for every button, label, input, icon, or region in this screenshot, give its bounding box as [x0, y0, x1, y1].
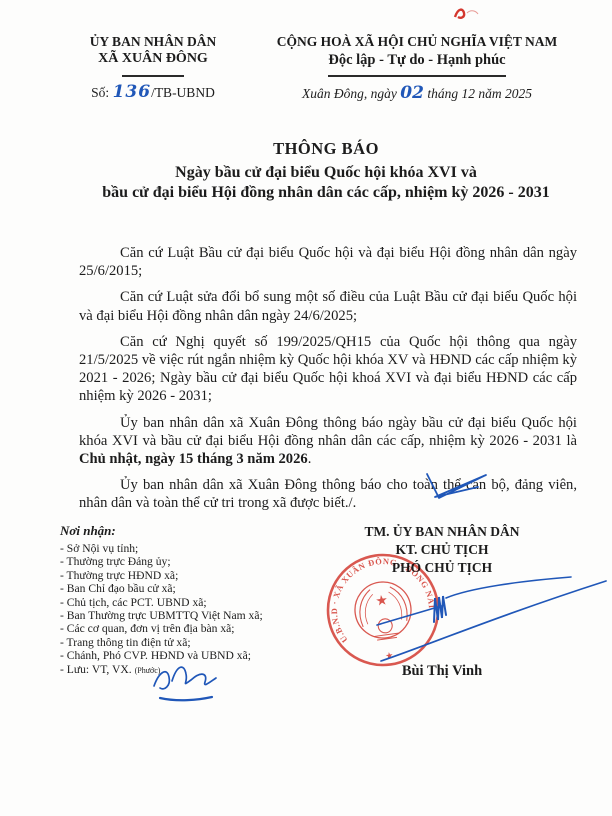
doc-type-title: THÔNG BÁO [56, 139, 596, 159]
body-paragraph-3: Căn cứ Nghị quyết số 199/2025/QH15 của Q… [79, 333, 577, 406]
national-motto: Độc lập - Tự do - Hạnh phúc [255, 52, 579, 69]
org-name: XÃ XUÂN ĐÔNG [68, 51, 238, 67]
clerk-signature-scribble [146, 656, 231, 706]
place-date-suffix: tháng 12 năm 2025 [427, 86, 532, 101]
doc-subject-line2: bầu cử đại biểu Hội đồng nhân dân các cấ… [56, 184, 596, 202]
body-paragraph-5: Ủy ban nhân dân xã Xuân Đông thông báo c… [79, 476, 577, 512]
election-date-bold: Chủ nhật, ngày 15 tháng 3 năm 2026 [79, 451, 308, 467]
recipient-item: - Thường trực HĐND xã; [60, 569, 345, 582]
document-body: Căn cứ Luật Bầu cử đại biểu Quốc hội và … [79, 244, 577, 521]
recipient-item: - Các cơ quan, đơn vị trên địa bàn xã; [60, 622, 345, 635]
approval-scribble [420, 468, 498, 508]
motto-divider-line [328, 75, 506, 77]
body-paragraph-1: Căn cứ Luật Bầu cử đại biểu Quốc hội và … [79, 244, 577, 280]
doc-number-suffix: /TB-UBND [151, 85, 215, 100]
org-parent-name: ỦY BAN NHÂN DÂN [68, 34, 238, 50]
recipient-item-text: - Lưu: VT, VX. [60, 663, 132, 676]
national-title: CỘNG HOÀ XÃ HỘI CHỦ NGHĨA VIỆT NAM [255, 34, 579, 50]
national-header-block: CỘNG HOÀ XÃ HỘI CHỦ NGHĨA VIỆT NAM Độc l… [255, 34, 579, 103]
paragraph-4-end: . [308, 451, 312, 467]
body-paragraph-4: Ủy ban nhân dân xã Xuân Đông thông báo n… [79, 414, 577, 469]
recipient-item: - Trang thông tin điện tử xã; [60, 636, 345, 649]
signing-authority: TM. ỦY BAN NHÂN DÂN [320, 524, 564, 540]
recipient-item: - Chủ tịch, các PCT. UBND xã; [60, 596, 345, 609]
signature-scribble [370, 570, 612, 670]
recipient-item: - Thường trực Đảng ủy; [60, 555, 345, 568]
issuing-org-block: ỦY BAN NHÂN DÂN XÃ XUÂN ĐÔNG Số: 136/TB-… [68, 34, 238, 102]
place-date-line: Xuân Đông, ngày 02 tháng 12 năm 2025 [255, 83, 579, 103]
org-divider-line [122, 75, 184, 77]
place-date-prefix: Xuân Đông, ngày [302, 86, 397, 101]
doc-subject-line1: Ngày bầu cử đại biểu Quốc hội khóa XVI v… [56, 164, 596, 182]
recipient-item: - Ban Chỉ đạo bầu cử xã; [60, 582, 345, 595]
doc-number-label: Số: [91, 85, 109, 100]
recipients-block: Nơi nhận: - Sở Nội vụ tỉnh; - Thường trự… [60, 523, 345, 677]
doc-number-line: Số: 136/TB-UBND [68, 82, 238, 102]
paragraph-4-text: Ủy ban nhân dân xã Xuân Đông thông báo n… [79, 415, 577, 449]
red-ink-mark [452, 4, 488, 24]
scanned-document-page: ỦY BAN NHÂN DÂN XÃ XUÂN ĐÔNG Số: 136/TB-… [0, 0, 612, 816]
recipient-item: - Sở Nội vụ tỉnh; [60, 542, 345, 555]
recipient-item: - Ban Thường trực UBMTTQ Việt Nam xã; [60, 609, 345, 622]
recipients-label: Nơi nhận: [60, 523, 345, 539]
signer-name: Bùi Thị Vinh [320, 663, 564, 680]
date-day-handwritten: 02 [400, 83, 424, 103]
body-paragraph-2: Căn cứ Luật sửa đổi bổ sung một số điều … [79, 288, 577, 324]
doc-number-handwritten: 136 [113, 82, 152, 102]
document-title-block: THÔNG BÁO Ngày bầu cử đại biểu Quốc hội … [56, 139, 596, 202]
